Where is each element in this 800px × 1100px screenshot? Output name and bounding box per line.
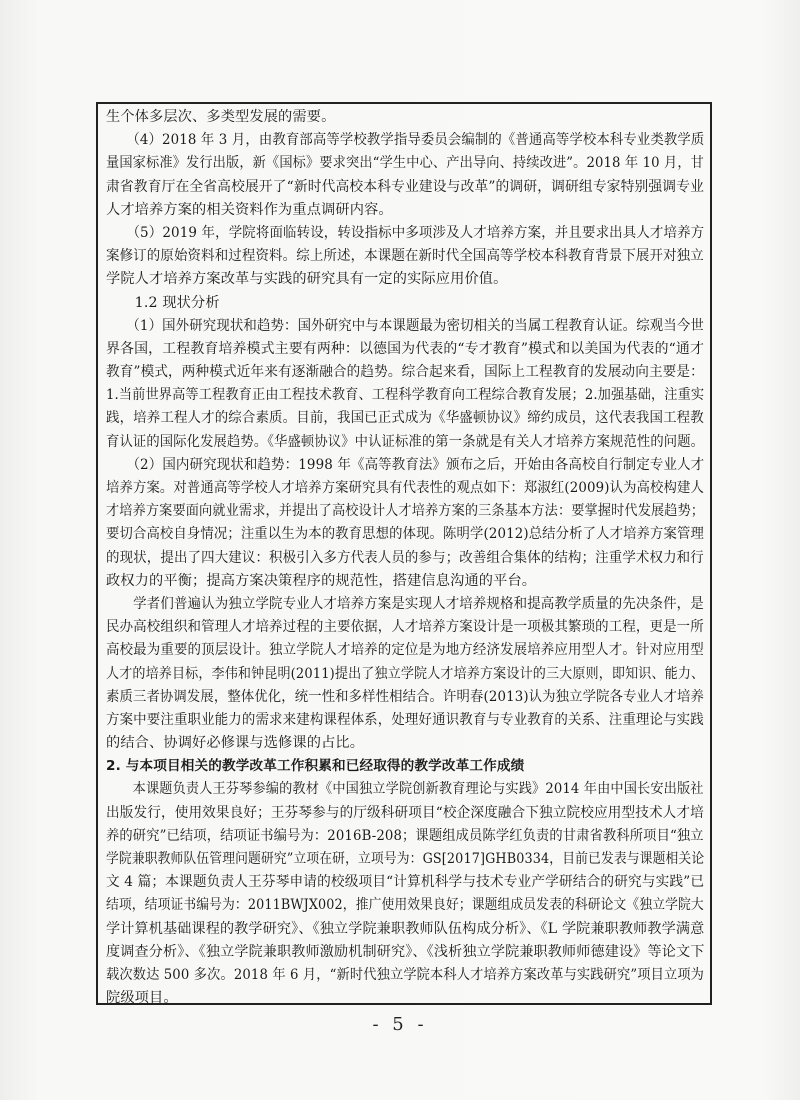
text-line: 方案中要注重职业能力的需求来建构课程体系，处理好通识教育与专业教育的关系、注重理… (106, 709, 704, 732)
text-line: 要切合高校自身情况；注重以生为本的教育思想的体现。陈明学(2012)总结分析了人… (106, 523, 704, 546)
text-line: 学院人才培养方案改革与实践的研究具有一定的实际应用价值。 (106, 268, 703, 291)
text-line: （2）国内研究现状和趋势：1998 年《高等教育法》颁布之后，开始由各高校自行制… (106, 454, 704, 477)
text-line: 学者们普遍认为独立学院专业人才培养方案是实现人才培养规格和提高教学质量的先决条件… (106, 593, 704, 616)
text-line: 才培养方案要面向就业需求，并提出了高校设计人才培养方案的三条基本方法：要掌握时代… (106, 500, 704, 523)
text-line: 养的研究”已结项，结项证书编号为：2016B-208；课题组成员陈学红负责的甘肃… (106, 825, 704, 848)
text-line: 出版发行，使用效果良好；王芬琴参与的厅级科研项目“校企深度融合下独立院校应用型技… (106, 802, 704, 825)
text-line: 培养方案。对普通高等学校人才培养方案研究具有代表性的观点如下：郑淑红(2009)… (106, 477, 704, 500)
text-line: 人才培养方案的相关资料作为重点调研内容。 (106, 199, 703, 222)
text-line: 生个体多层次、多类型发展的需要。 (106, 106, 703, 129)
text-line: 学院兼职教师队伍管理问题研究”立项在研，立项号为：GS[2017]GHB0334… (106, 848, 704, 871)
section-heading-1-2: 1.2 现状分析 (106, 292, 703, 315)
text-line: （1）国外研究现状和趋势：国外研究中与本课题最为密切相关的当属工程教育认证。综观… (106, 315, 704, 338)
text-line: 本课题负责人王芬琴参编的教材《中国独立学院创新教育理论与实践》2014 年由中国… (106, 778, 704, 801)
text-line: 1.当前世界高等工程教育正由工程技术教育、工程科学教育向工程综合教育发展；2.加… (106, 384, 704, 407)
text-line: 结项，结项证书编号为：2011BWJX002，推广使用效果良好；课题组成员发表的… (106, 894, 704, 917)
text-line: 的现状，提出了四大建议：积极引入多方代表人员的参与；改善组合集体的结构；注重学术… (106, 547, 704, 570)
text-line: 肃省教育厅在全省高校展开了“新时代高校本科专业建设与改革”的调研，调研组专家特别… (106, 176, 704, 199)
text-line: 民办高校组织和管理人才培养过程的主要依据，人才培养方案设计是一项极其繁琐的工程，… (106, 616, 704, 639)
text-line: 载次数达 500 多次。2018 年 6 月，“新时代独立学院本科人才培养方案改… (106, 964, 704, 987)
text-line: 素质三者协调发展，整体优化，统一性和多样性相结合。许明春(2013)认为独立学院… (106, 686, 704, 709)
text-line: 案修订的原始资料和过程资料。综上所述，本课题在新时代全国高等学校本科教育背景下展… (106, 245, 704, 268)
page-number: - 5 - (0, 1014, 800, 1035)
text-line: 教育”模式，两种模式近年来有逐渐融合的趋势。综合起来看，国际上工程教育的发展动向… (106, 361, 704, 384)
text-line: （5）2019 年，学院将面临转设，转设指标中多项涉及人才培养方案，并且要求出具… (106, 222, 704, 245)
text-line: 政权力的平衡；提高方案决策程序的规范性，搭建信息沟通的平台。 (106, 570, 703, 593)
text-line: 文 4 篇；本课题负责人王芬琴申请的校级项目“计算机科学与技术专业产学研结合的研… (106, 871, 704, 894)
section-heading-2: 2. 与本项目相关的教学改革工作积累和已经取得的教学改革工作成绩 (106, 755, 703, 778)
text-line: 育认证的国际化发展趋势。《华盛顿协议》中认证标准的第一条就是有关人才培养方案规范… (106, 431, 704, 454)
text-line: 人才的培养目标，李伟和钟昆明(2011)提出了独立学院人才培养方案设计的三大原则… (106, 663, 704, 686)
text-line: 院级项目。 (106, 987, 703, 1010)
text-line: （4）2018 年 3 月，由教育部高等学校教学指导委员会编制的《普通高等学校本… (106, 129, 704, 152)
text-line: 界各国，工程教育培养模式主要有两种：以德国为代表的“专才教育”模式和以美国为代表… (106, 338, 704, 361)
bordered-content-box: 生个体多层次、多类型发展的需要。 （4）2018 年 3 月，由教育部高等学校教… (96, 102, 712, 1005)
text-line: 高校最为重要的顶层设计。独立学院人才培养的定位是为地方经济发展培养应用型人才。针… (106, 639, 704, 662)
text-line: 度调查分析》、《独立学院兼职教师激励机制研究》、《浅析独立学院兼职教师师德建设》… (106, 941, 704, 964)
text-line: 学计算机基础课程的教学研究》、《独立学院兼职教师队伍构成分析》、《L 学院兼职教… (106, 918, 704, 941)
text-line: 的结合、协调好必修课与选修课的占比。 (106, 732, 703, 755)
text-line: 践，培养工程人才的综合素质。目前，我国已正式成为《华盛顿协议》缔约成员，这代表我… (106, 407, 704, 430)
text-line: 量国家标准》发行出版，新《国标》要求突出“学生中心、产出导向、持续改进”。201… (106, 152, 704, 175)
